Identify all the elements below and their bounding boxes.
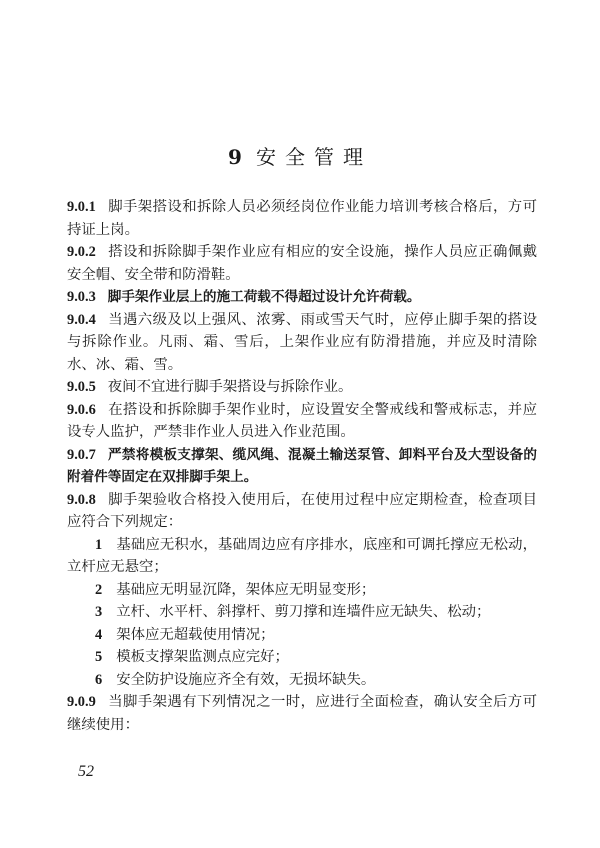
clause-text: 当遇六级及以上强风、浓雾、雨或雪天气时，应停止脚手架的搭设与拆除作业。凡雨、霜、…: [67, 312, 537, 373]
clause-number: 9.0.4: [67, 312, 96, 328]
item-text: 立杆、水平杆、斜撑杆、剪刀撑和连墙件应无缺失、松动；: [116, 604, 490, 620]
item-number: 4: [95, 627, 102, 643]
chapter-heading: 9安全管理: [0, 141, 600, 170]
item-text: 基础应无明显沉降，架体应无明显变形；: [116, 582, 375, 598]
item-number: 6: [95, 672, 102, 688]
list-item-4: 4架体应无超载使用情况；: [67, 624, 537, 647]
item-text: 架体应无超载使用情况；: [116, 627, 274, 643]
clause-9-0-4: 9.0.4当遇六级及以上强风、浓雾、雨或雪天气时，应停止脚手架的搭设与拆除作业。…: [67, 309, 537, 377]
clause-text: 夜间不宜进行脚手架搭设与拆除作业。: [108, 379, 353, 395]
list-item-6: 6安全防护设施应齐全有效，无损坏缺失。: [67, 669, 537, 692]
list-item-2: 2基础应无明显沉降，架体应无明显变形；: [67, 579, 537, 602]
clause-text: 搭设和拆除脚手架作业应有相应的安全设施，操作人员应正确佩戴安全帽、安全带和防滑鞋…: [67, 244, 537, 283]
list-item-1: 1基础应无积水，基础周边应有序排水，底座和可调托撑应无松动，立杆应无悬空；: [67, 534, 537, 579]
chapter-number: 9: [228, 145, 242, 169]
item-text: 模板支撑架监测点应完好；: [116, 649, 289, 665]
clause-text-mandatory: 脚手架作业层上的施工荷载不得超过设计允许荷载。: [108, 289, 421, 305]
clause-9-0-3: 9.0.3脚手架作业层上的施工荷载不得超过设计允许荷载。: [67, 286, 537, 309]
item-number: 2: [95, 582, 102, 598]
clause-text-mandatory: 严禁将模板支撑架、缆风绳、混凝土输送泵管、卸料平台及大型设备的附着件等固定在双排…: [67, 447, 537, 486]
clause-number: 9.0.3: [67, 289, 96, 305]
clause-number: 9.0.2: [67, 244, 96, 260]
clause-9-0-8: 9.0.8脚手架验收合格投入使用后，在使用过程中应定期检查，检查项目应符合下列规…: [67, 489, 537, 534]
item-number: 5: [95, 649, 102, 665]
clause-text: 脚手架验收合格投入使用后，在使用过程中应定期检查，检查项目应符合下列规定：: [67, 492, 537, 531]
clause-text: 当脚手架遇有下列情况之一时，应进行全面检查，确认安全后方可继续使用：: [67, 694, 537, 733]
item-text: 安全防护设施应齐全有效，无损坏缺失。: [116, 672, 375, 688]
clause-9-0-5: 9.0.5夜间不宜进行脚手架搭设与拆除作业。: [67, 376, 537, 399]
clause-text: 脚手架搭设和拆除人员必须经岗位作业能力培训考核合格后，方可持证上岗。: [67, 199, 537, 238]
clause-number: 9.0.6: [67, 402, 96, 418]
clause-number: 9.0.5: [67, 379, 96, 395]
item-number: 3: [95, 604, 102, 620]
clause-number: 9.0.1: [67, 199, 96, 215]
list-item-3: 3立杆、水平杆、斜撑杆、剪刀撑和连墙件应无缺失、松动；: [67, 601, 537, 624]
clause-9-0-2: 9.0.2搭设和拆除脚手架作业应有相应的安全设施，操作人员应正确佩戴安全帽、安全…: [67, 241, 537, 286]
clause-number: 9.0.9: [67, 694, 96, 710]
list-item-5: 5模板支撑架监测点应完好；: [67, 646, 537, 669]
clause-number: 9.0.8: [67, 492, 96, 508]
chapter-title: 安全管理: [256, 145, 372, 169]
page-body: 9.0.1脚手架搭设和拆除人员必须经岗位作业能力培训考核合格后，方可持证上岗。 …: [67, 196, 537, 736]
clause-number: 9.0.7: [67, 447, 96, 463]
page-number: 52: [78, 763, 94, 781]
item-number: 1: [95, 537, 102, 553]
clause-9-0-6: 9.0.6在搭设和拆除脚手架作业时，应设置安全警戒线和警戒标志，并应设专人监护，…: [67, 399, 537, 444]
clause-9-0-1: 9.0.1脚手架搭设和拆除人员必须经岗位作业能力培训考核合格后，方可持证上岗。: [67, 196, 537, 241]
clause-text: 在搭设和拆除脚手架作业时，应设置安全警戒线和警戒标志，并应设专人监护，严禁非作业…: [67, 402, 537, 441]
clause-9-0-7: 9.0.7严禁将模板支撑架、缆风绳、混凝土输送泵管、卸料平台及大型设备的附着件等…: [67, 444, 537, 489]
item-text: 基础应无积水，基础周边应有序排水，底座和可调托撑应无松动，立杆应无悬空；: [67, 537, 537, 576]
clause-9-0-9: 9.0.9当脚手架遇有下列情况之一时，应进行全面检查，确认安全后方可继续使用：: [67, 691, 537, 736]
